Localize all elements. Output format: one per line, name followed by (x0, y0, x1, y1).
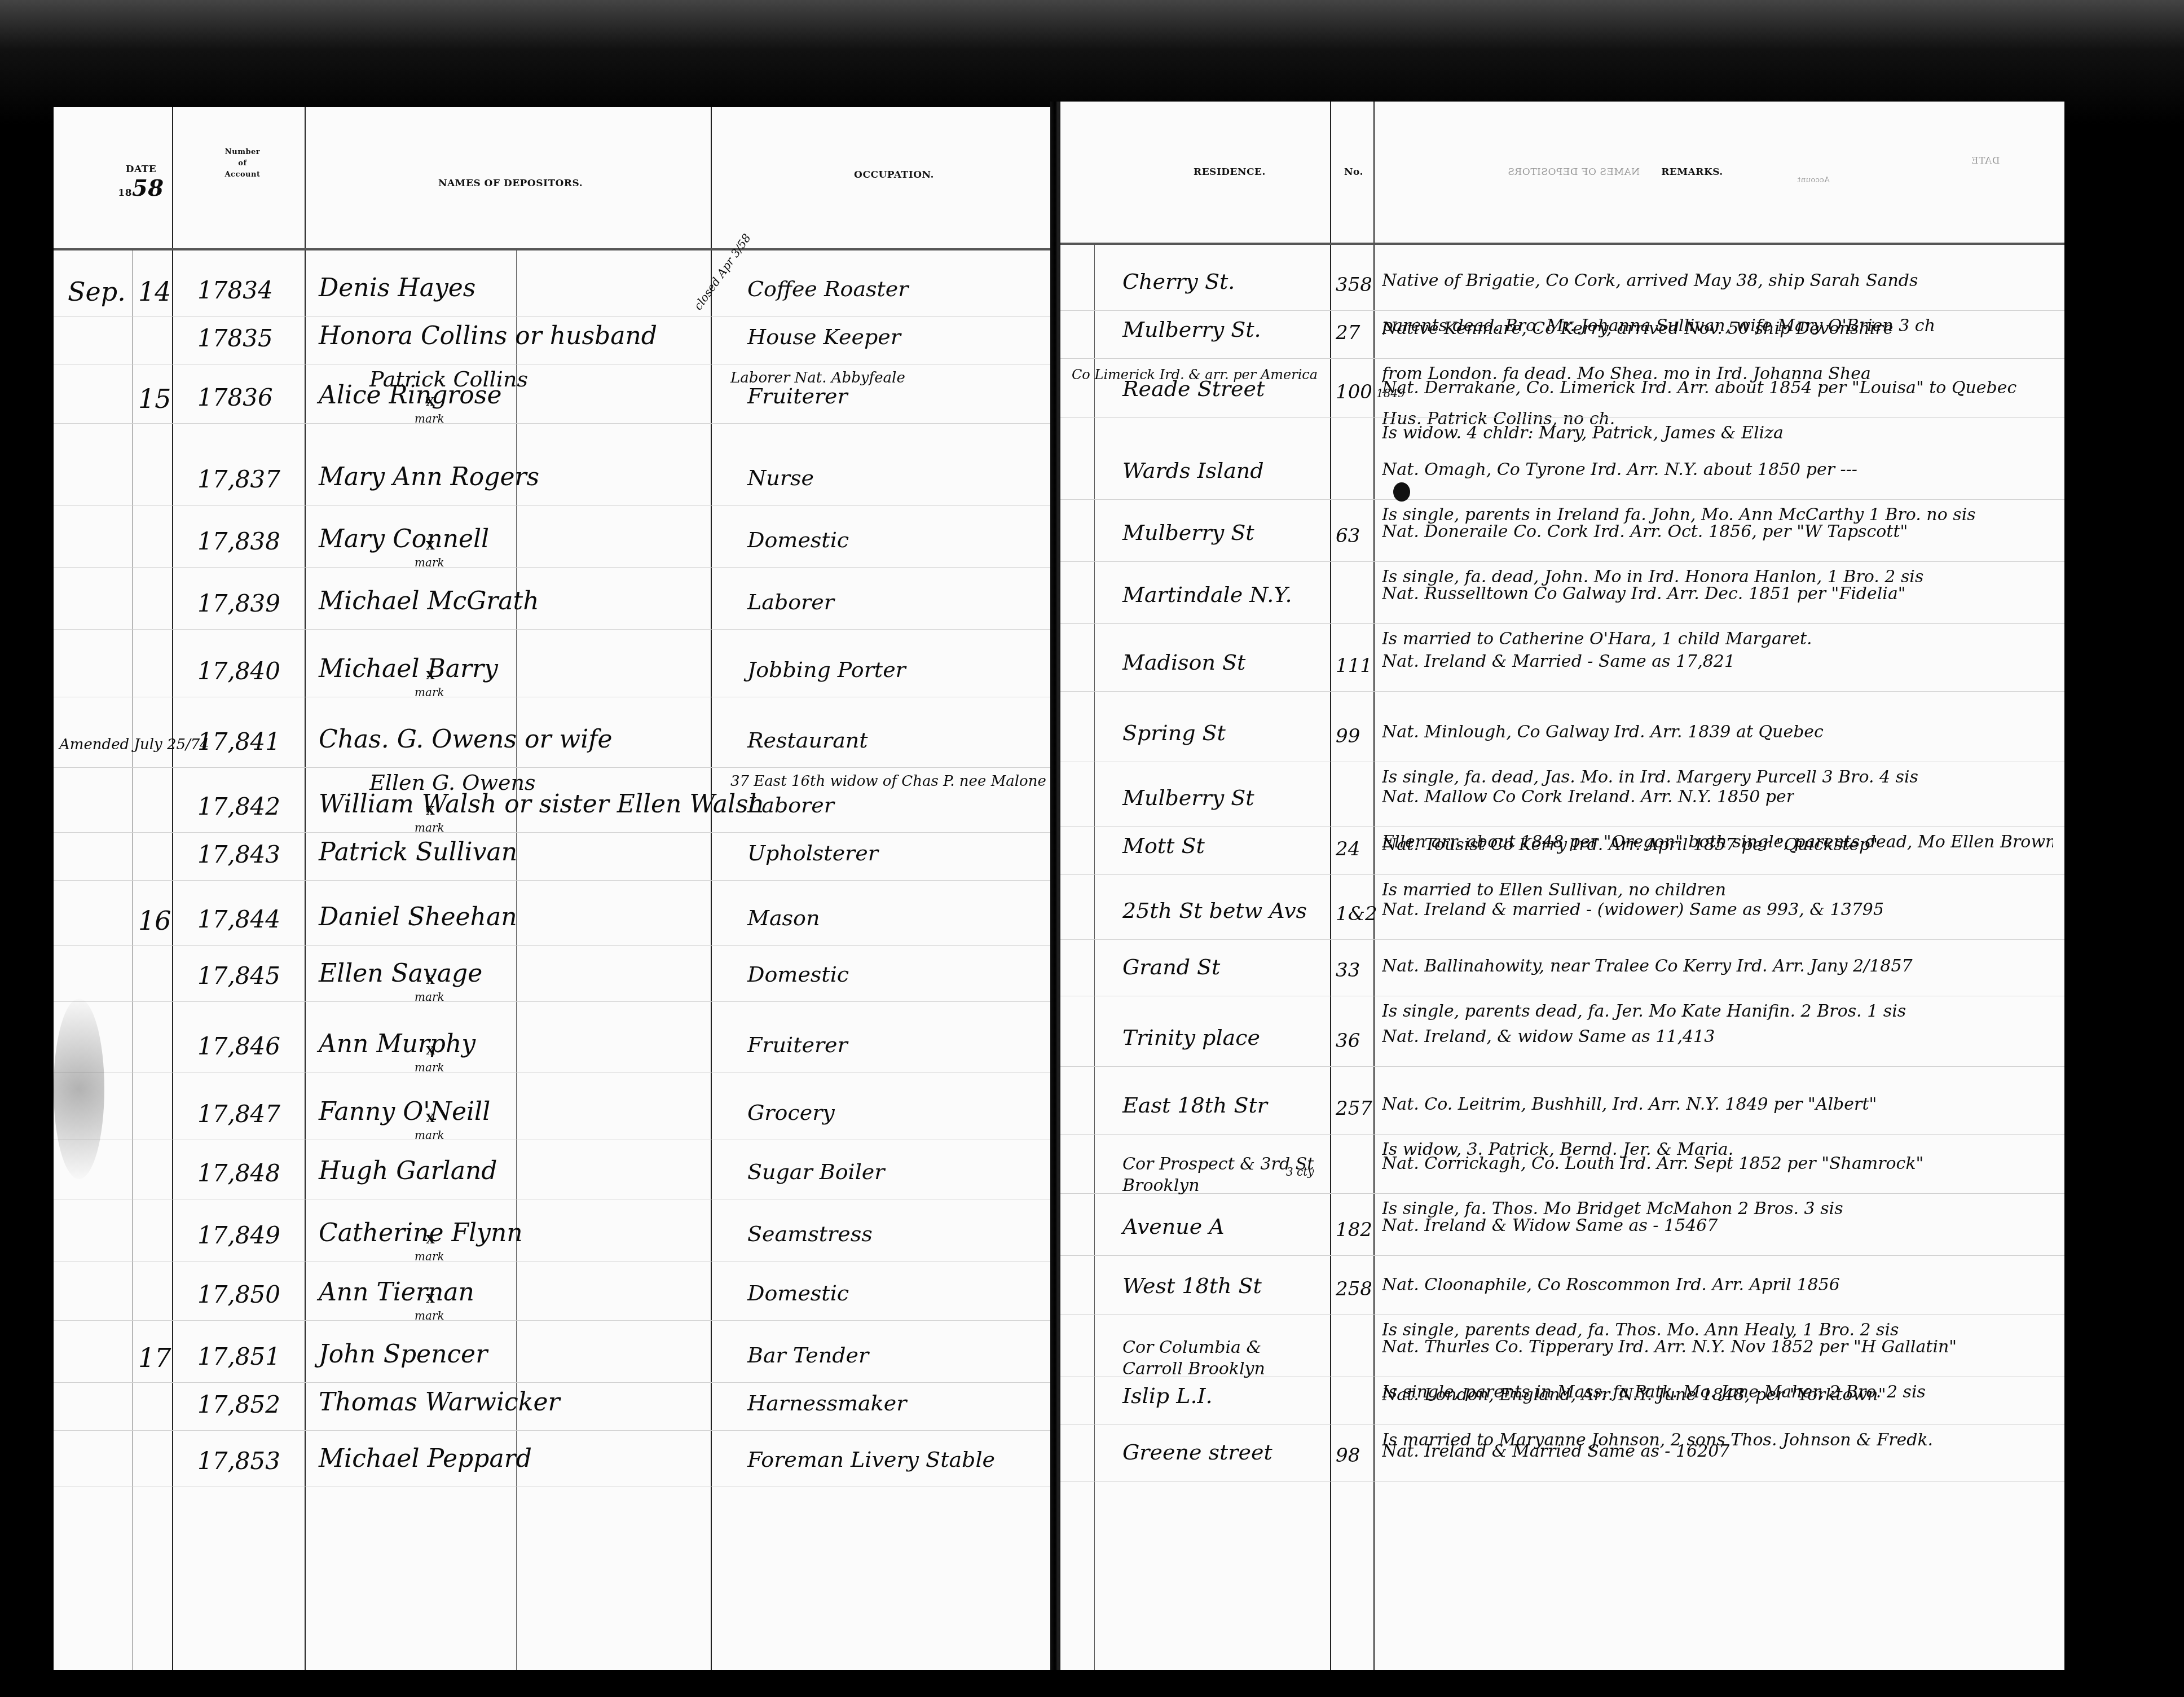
signature-x-mark: X (426, 1111, 435, 1125)
signature-x-mark: X (426, 804, 435, 817)
entry-remark-line: Nat. Ballinahowity, near Tralee Co Kerry… (1382, 956, 1913, 976)
entry-month: Sep. (68, 276, 126, 307)
entry-residence: Martindale N.Y. (1122, 584, 1292, 605)
entry-occupation: Jobbing Porter (747, 657, 906, 682)
entry-remark-line: Nat. Cloonaphile, Co Roscommon Ird. Arr.… (1382, 1275, 1840, 1295)
entry-residence: Avenue A (1122, 1216, 1225, 1237)
entry-house-number: 33 (1336, 959, 1360, 982)
entry-account-number: 17,851 (197, 1343, 280, 1370)
entry-depositor-name: Mary Connell (319, 525, 489, 553)
entry-account-number: 17,841 (197, 728, 280, 755)
entry-residence: Mulberry St (1122, 522, 1254, 543)
entry-depositor-name: Thomas Warwicker (319, 1388, 560, 1417)
row-rule (54, 629, 1052, 630)
entry-occupation: Mason (747, 905, 820, 930)
row-rule (54, 832, 1052, 833)
header-account: Number of Account (209, 147, 276, 181)
col-divider-residence-left (1094, 243, 1095, 1670)
entry-house-number: 100 (1336, 381, 1372, 403)
entry-remark-line: Nat. Ireland & Widow Same as - 15467 (1382, 1216, 1718, 1236)
row-rule (54, 1140, 1052, 1140)
entry-account-number: 17,843 (197, 841, 280, 868)
signature-x-mark: X (426, 1044, 435, 1057)
entry-day: 15 (138, 384, 171, 414)
entry-account-number: 17,839 (197, 590, 280, 617)
row-rule (54, 945, 1052, 946)
row-rule (1060, 762, 2064, 762)
signature-mark-note: mark (415, 556, 444, 569)
row-rule (54, 1199, 1052, 1199)
entry-depositor-name: Michael Barry (319, 654, 498, 683)
entry-occupation-secondary: 37 East 16th widow of Chas P. nee Malone (730, 773, 1046, 790)
entry-remark-line: Nat. Doneraile Co. Cork Ird. Arr. Oct. 1… (1382, 522, 1908, 542)
entry-depositor-name: Hugh Garland (319, 1157, 497, 1185)
entry-remark-line: Is married to Catherine O'Hara, 1 child … (1382, 629, 1812, 649)
row-rule (1060, 691, 2064, 692)
entry-house-number: 111 (1336, 654, 1372, 677)
entry-remark-line: Nat. Minlough, Co Galway Ird. Arr. 1839 … (1382, 722, 1824, 742)
entry-account-number: 17,852 (197, 1391, 280, 1418)
entry-account-number: 17,845 (197, 962, 280, 990)
row-rule (1060, 358, 2064, 359)
entry-remark-line: Native Kenmare, Co Kerry, arrived Nov. 5… (1382, 319, 1894, 338)
entry-occupation: Foreman Livery Stable (747, 1447, 995, 1472)
entry-remark-line: Is single, parents dead, fa. Jer. Mo Kat… (1382, 1001, 1906, 1021)
entry-occupation: Fruiterer (747, 384, 848, 408)
entry-residence: Islip L.I. (1122, 1385, 1213, 1406)
entry-depositor-name: Chas. G. Owens or wife (319, 725, 613, 754)
entry-house-number: 27 (1336, 322, 1360, 344)
header-rule (54, 248, 1052, 250)
row-rule (1060, 417, 2064, 418)
signature-mark-note: mark (415, 1128, 444, 1142)
row-rule (54, 1382, 1052, 1383)
entry-occupation: Seamstress (747, 1221, 873, 1246)
entry-residence: Wards Island (1122, 460, 1264, 481)
entry-remark-line: Nat. Ireland & Married Same as - 16207 (1382, 1441, 1729, 1461)
entry-account-number: 17,847 (197, 1100, 280, 1128)
row-rule (1060, 561, 2064, 562)
entry-occupation: Laborer (747, 590, 834, 614)
row-rule (54, 364, 1052, 364)
entry-occupation: Coffee Roaster (747, 276, 909, 301)
row-rule (1060, 996, 2064, 996)
entry-residence: Cor Columbia & Carroll Brooklyn (1122, 1337, 1326, 1380)
entry-remark-line: Nat. Corrickagh, Co. Louth Ird. Arr. Sep… (1382, 1154, 1923, 1173)
entry-remark-line: Is single, fa. dead, Jas. Mo. in Ird. Ma… (1382, 767, 1918, 787)
header-ghost-date: DATE (1963, 155, 2008, 166)
entry-house-number: 36 (1336, 1030, 1360, 1052)
entry-remark-line: Nat. Co. Leitrim, Bushhill, Ird. Arr. N.… (1382, 1094, 1877, 1114)
col-divider-residence (1330, 102, 1331, 1670)
entry-month: Amended July 25/74 (59, 736, 209, 753)
entry-occupation: Nurse (747, 465, 814, 490)
entry-residence: Grand St (1122, 956, 1220, 978)
entry-house-number: 24 (1336, 838, 1360, 860)
row-rule (54, 697, 1052, 697)
entry-account-number: 17834 (197, 276, 273, 304)
header-ghost-names: NAMES OF DEPOSITORS (1500, 166, 1647, 178)
entry-day: 14 (138, 276, 171, 307)
entry-remark-line: Nat. Thurles Co. Tipperary Ird. Arr. N.Y… (1382, 1337, 1957, 1357)
entry-depositor-name: Daniel Sheehan (319, 903, 517, 931)
row-rule (54, 1430, 1052, 1431)
row-rule (54, 1320, 1052, 1321)
signature-mark-note: mark (415, 685, 444, 699)
signature-x-mark: X (426, 973, 435, 987)
entry-depositor-name: Alice Ringrose (319, 381, 501, 410)
entry-depositor-name: Ann Murphy (319, 1030, 475, 1058)
ledger-left-page: DATE 1858 Number of Account NAMES OF DEP… (54, 107, 1052, 1670)
header-residence: RESIDENCE. (1162, 166, 1297, 178)
entry-residence: Spring St (1122, 722, 1226, 744)
entry-depositor-name: Patrick Sullivan (319, 838, 517, 867)
header-ghost-account: Account (1788, 175, 1839, 186)
entry-residence: Mott St (1122, 835, 1205, 856)
row-rule (1060, 310, 2064, 311)
entry-residence: Mulberry St (1122, 787, 1254, 808)
signature-mark-note: mark (415, 1061, 444, 1074)
entry-occupation: Fruiterer (747, 1032, 848, 1057)
row-rule (1060, 939, 2064, 940)
residence-note: 3 cty (1286, 1165, 1314, 1179)
row-rule (54, 880, 1052, 881)
entry-occupation: Domestic (747, 1281, 849, 1305)
entry-depositor-name: Catherine Flynn (319, 1219, 523, 1247)
signature-x-mark: X (426, 669, 435, 682)
header-occupation: OCCUPATION. (809, 169, 979, 181)
row-rule (54, 1487, 1052, 1487)
marginal-note-closed: closed Apr 3/58 (691, 231, 754, 313)
year-prefix: 18 (118, 187, 132, 199)
entry-remark-line: Nat. Tousist Co Kerry Ird. Arr. April 18… (1382, 835, 1878, 855)
row-rule (54, 505, 1052, 505)
entry-day: 16 (138, 905, 171, 936)
entry-depositor-name: Michael McGrath (319, 587, 539, 616)
entry-account-number: 17,846 (197, 1032, 280, 1060)
entry-account-number: 17,842 (197, 793, 280, 820)
row-rule (1060, 499, 2064, 500)
row-rule (1060, 1255, 2064, 1256)
entry-house-number: 63 (1336, 525, 1360, 547)
signature-x-mark: X (426, 1292, 435, 1305)
row-rule (1060, 874, 2064, 875)
signature-mark-note: mark (415, 990, 444, 1004)
entry-residence: Greene street (1122, 1441, 1272, 1463)
entry-account-number: 17,853 (197, 1447, 280, 1475)
entry-occupation: Bar Tender (747, 1343, 869, 1368)
signature-x-mark: X (426, 395, 435, 408)
entry-remark-line: Nat. Derrakane, Co. Limerick Ird. Arr. a… (1382, 378, 2016, 398)
entry-occupation: Laborer (747, 793, 834, 817)
row-rule (1060, 1066, 2064, 1067)
row-rule (54, 1072, 1052, 1072)
entry-account-number: 17,850 (197, 1281, 280, 1308)
entry-depositor-name: Honora Collins or husband (319, 322, 657, 350)
entry-house-number: 99 (1336, 725, 1360, 748)
entry-account-number: 17,848 (197, 1159, 280, 1187)
entry-account-number: 17,837 (197, 465, 280, 493)
row-rule (1060, 1481, 2064, 1481)
entry-house-number: 358 (1336, 274, 1372, 296)
entry-remark-line: Nat. Ireland & Married - Same as 17,821 (1382, 652, 1735, 671)
entry-house-number: 1&2 (1336, 903, 1377, 925)
entry-residence: Mulberry St. (1122, 319, 1261, 340)
row-rule (1060, 1314, 2064, 1315)
row-rule (1060, 623, 2064, 624)
year-suffix: 58 (132, 175, 164, 201)
entry-remark-line: Native of Brigatie, Co Cork, arrived May… (1382, 271, 1918, 291)
entry-depositor-name: Ellen Savage (319, 959, 482, 988)
entry-occupation: Domestic (747, 527, 849, 552)
row-rule (54, 1001, 1052, 1002)
entry-residence: Reade Street (1122, 378, 1265, 399)
entry-residence: West 18th St (1122, 1275, 1262, 1296)
col-divider-month (133, 248, 133, 1670)
header-remarks: REMARKS. (1636, 166, 1749, 178)
entry-remark-line: Nat. Omagh, Co Tyrone Ird. Arr. N.Y. abo… (1382, 460, 1857, 480)
col-divider-no (1373, 102, 1375, 1670)
header-names: NAMES OF DEPOSITORS. (369, 178, 651, 189)
entry-remark-line: Nat. Mallow Co Cork Ireland. Arr. N.Y. 1… (1382, 787, 1794, 807)
row-rule (54, 567, 1052, 568)
entry-depositor-name: William Walsh or sister Ellen Walsh (319, 790, 764, 819)
signature-mark-note: mark (415, 821, 444, 834)
entry-account-number: 17,840 (197, 657, 280, 685)
entry-occupation: Upholsterer (747, 841, 878, 865)
ink-blot (1393, 482, 1410, 502)
entry-account-number: 17,838 (197, 527, 280, 555)
entry-remark-line: Is married to Ellen Sullivan, no childre… (1382, 880, 1726, 900)
col-divider-account (305, 107, 306, 1670)
entry-residence: East 18th Str (1122, 1094, 1267, 1116)
row-rule (1060, 826, 2064, 827)
entry-occupation: Domestic (747, 962, 849, 987)
signature-mark-note: mark (415, 1309, 444, 1322)
signature-x-mark: X (426, 1233, 435, 1246)
entry-depositor-name: John Spencer (319, 1340, 487, 1369)
entry-house-number: 98 (1336, 1444, 1360, 1467)
entry-residence: Trinity place (1122, 1027, 1260, 1048)
entry-house-number: 182 (1336, 1219, 1372, 1241)
entry-depositor-name: Fanny O'Neill (319, 1097, 490, 1126)
entry-depositor-name: Denis Hayes (319, 274, 475, 302)
entry-occupation: Grocery (747, 1100, 835, 1125)
entry-account-number: 17,844 (197, 905, 280, 933)
col-divider-names (711, 107, 712, 1670)
entry-remark-line: Nat. Ireland & married - (widower) Same … (1382, 900, 1884, 920)
ledger-right-page: RESIDENCE. No. NAMES OF DEPOSITORS REMAR… (1060, 102, 2064, 1670)
entry-residence: Madison St (1122, 652, 1245, 673)
entry-occupation: Harnessmaker (747, 1391, 906, 1415)
signature-mark-note: mark (415, 1250, 444, 1263)
entry-house-number: 258 (1336, 1278, 1372, 1300)
entry-house-number: 257 (1336, 1097, 1372, 1120)
entry-depositor-name: Ann Tiernan (319, 1278, 474, 1307)
entry-occupation: Restaurant (747, 728, 868, 753)
header-date: DATE 1858 (113, 164, 169, 199)
entry-day: 17 (138, 1343, 171, 1373)
row-rule (54, 316, 1052, 316)
page-smudge (54, 999, 104, 1179)
entry-residence: 25th St betw Avs (1122, 900, 1307, 921)
entry-remark-line: Nat. Russelltown Co Galway Ird. Arr. Dec… (1382, 584, 1906, 604)
entry-depositor-name: Michael Peppard (319, 1444, 532, 1473)
header-no: No. (1337, 166, 1371, 178)
entry-account-number: 17836 (197, 384, 273, 411)
row-rule (54, 767, 1052, 768)
entry-account-number: 17,849 (197, 1221, 280, 1249)
entry-occupation: House Keeper (747, 324, 901, 349)
entry-occupation: Sugar Boiler (747, 1159, 885, 1184)
header-rule (1060, 243, 2064, 245)
entry-remark-line: Nat. Ireland, & widow Same as 11,413 (1382, 1027, 1715, 1047)
signature-mark-note: mark (415, 412, 444, 425)
row-rule (54, 1261, 1052, 1261)
entry-account-number: 17835 (197, 324, 273, 352)
row-rule (54, 423, 1052, 424)
col-divider-date (172, 107, 173, 1670)
signature-x-mark: X (426, 539, 435, 552)
entry-residence: Cherry St. (1122, 271, 1235, 292)
row-rule (1060, 1425, 2064, 1425)
entry-remark-line: Is widow. 4 chldr: Mary, Patrick, James … (1382, 423, 1784, 443)
row-rule (1060, 1134, 2064, 1135)
entry-remark-line: Nat. London, England, Arr. N.Y. June 184… (1382, 1385, 1886, 1405)
entry-depositor-name: Mary Ann Rogers (319, 463, 539, 491)
